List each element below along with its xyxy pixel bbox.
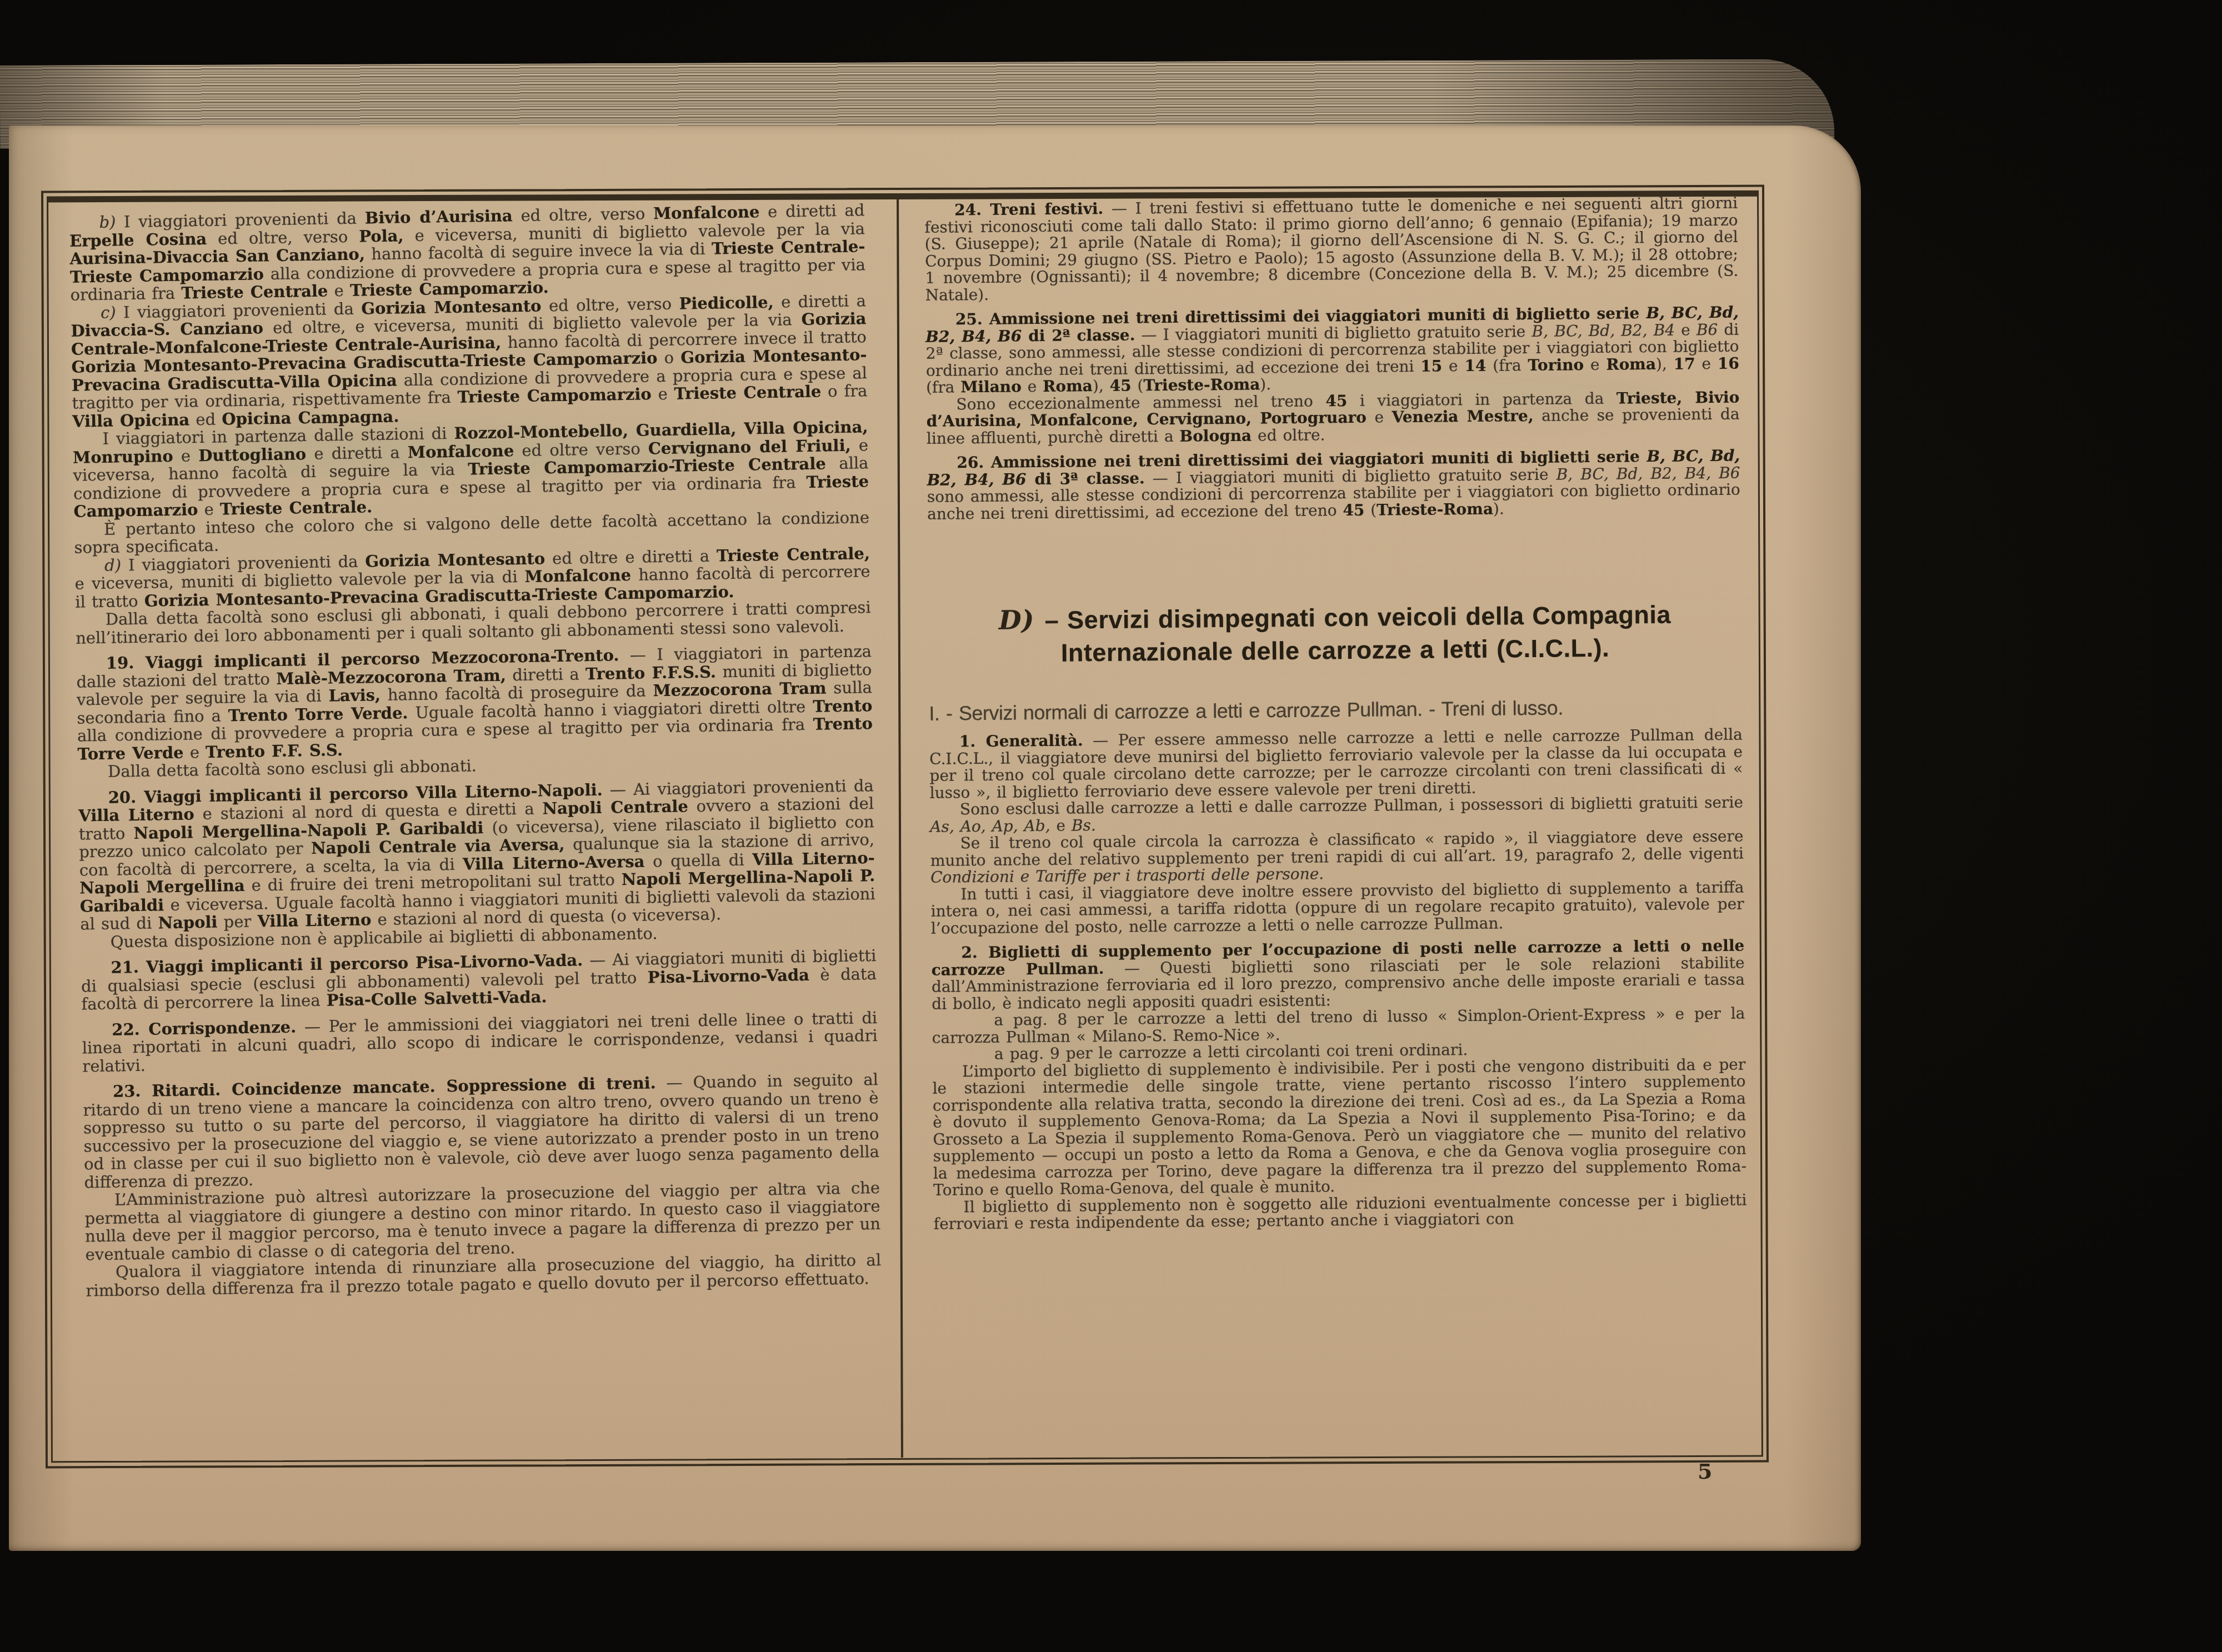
text-run: Milano bbox=[960, 377, 1022, 396]
text-run: o fra bbox=[821, 381, 868, 401]
text-run: (fra bbox=[926, 378, 961, 397]
text-run: Pisa-Livorno-Vada bbox=[648, 965, 809, 987]
text-run: e diretti a bbox=[773, 291, 866, 312]
text-run: ed bbox=[189, 409, 222, 429]
text-run: Trieste Campomarzio bbox=[457, 384, 651, 406]
text-run: Roma bbox=[1606, 354, 1656, 373]
text-run: 16 bbox=[1718, 354, 1739, 372]
text-run: I. - Servizi normali di carrozze a letti… bbox=[929, 696, 1563, 724]
paragraph: b) I viaggiatori provenienti da Bivio d’… bbox=[69, 201, 865, 304]
text-run: Villa Literno bbox=[78, 804, 194, 825]
text-run: e bbox=[1050, 816, 1072, 834]
text-run: Roma bbox=[1043, 377, 1093, 396]
text-run: Bologna bbox=[1179, 426, 1252, 445]
text-run: B6 bbox=[1696, 320, 1718, 338]
paragraph: 20. Viaggi implicanti il percorso Villa … bbox=[78, 777, 876, 933]
text-run: Se il treno col quale circola la carrozz… bbox=[930, 827, 1744, 870]
text-run: Piedicolle, bbox=[679, 292, 774, 313]
text-run: ( bbox=[1131, 376, 1143, 394]
text-run: Trieste-Roma bbox=[1143, 375, 1260, 394]
text-run: o quella di bbox=[644, 850, 752, 870]
page-number: 5 bbox=[1698, 1459, 1712, 1484]
text-run: ). bbox=[1493, 499, 1504, 518]
paragraph: c) I viaggiatori provenienti da Gorizia … bbox=[71, 292, 868, 430]
text-run: Pisa-Colle Salvetti-Vada. bbox=[327, 987, 547, 1009]
text-run: e bbox=[198, 500, 220, 519]
paragraph: 26. Ammissione nei treni direttissimi de… bbox=[927, 448, 1740, 523]
text-run: Villa Literno bbox=[257, 910, 371, 930]
text-run: di 2ª classe. bbox=[1022, 326, 1135, 345]
text-run: Trieste Centrale bbox=[674, 382, 821, 403]
paragraph: L’importo del biglietto di supplemento è… bbox=[932, 1056, 1746, 1199]
text-run: e bbox=[1675, 321, 1696, 339]
text-run: L’Amministrazione può altresì autorizzar… bbox=[84, 1178, 880, 1264]
text-run: Monfalcone bbox=[524, 565, 631, 586]
text-run: 15 bbox=[1420, 357, 1442, 375]
book-page: b) I viaggiatori provenienti da Bivio d’… bbox=[9, 126, 1861, 1551]
text-run: di 3ª classe. bbox=[1026, 469, 1144, 488]
text-run: Monfalcone bbox=[653, 202, 760, 223]
right-column: 24. Treni festivi. — I treni festivi si … bbox=[924, 195, 1747, 1233]
paragraph: I. - Servizi normali di carrozze a letti… bbox=[929, 694, 1742, 726]
text-run: Bs. bbox=[1072, 816, 1096, 834]
book-scan-photo: b) I viaggiatori provenienti da Bivio d’… bbox=[0, 0, 2222, 1652]
text-run: e bbox=[173, 446, 198, 465]
text-run: Trento bbox=[813, 696, 873, 716]
text-run: D) bbox=[999, 605, 1045, 636]
text-run: Servizi disimpegnati con veicoli della C… bbox=[1061, 600, 1671, 667]
paragraph: D) – Servizi disimpegnati con veicoli de… bbox=[928, 598, 1742, 670]
text-run: e bbox=[1022, 377, 1043, 396]
text-run: e bbox=[651, 384, 674, 404]
text-run: e bbox=[1695, 354, 1718, 372]
paragraph: Sono eccezionalmente ammessi nel treno 4… bbox=[926, 389, 1740, 447]
text-run: diretti a bbox=[506, 664, 586, 684]
text-run: e bbox=[1442, 357, 1465, 375]
text-run: e diretti ad bbox=[759, 201, 864, 221]
text-run: b) bbox=[99, 212, 124, 232]
text-run: 45 bbox=[1325, 391, 1347, 409]
paragraph: 2. Biglietti di supplemento per l’occupa… bbox=[931, 938, 1745, 1013]
text-run: 17 bbox=[1673, 354, 1695, 373]
paragraph: I viaggiatori in partenza dalle stazioni… bbox=[72, 418, 869, 520]
text-run: ). bbox=[1260, 375, 1271, 393]
paragraph: 1. Generalità. — Per essere ammesso nell… bbox=[929, 727, 1743, 802]
text-run: Trento F.F.S.S. bbox=[585, 662, 716, 683]
text-run: Venezia Mestre, bbox=[1392, 407, 1533, 426]
text-run: As, Ao, Ap, Ab, bbox=[930, 816, 1050, 835]
text-run: (fra bbox=[1486, 356, 1528, 375]
text-run: 1. Generalità. bbox=[959, 731, 1083, 750]
paragraph: Se il treno col quale circola la carrozz… bbox=[930, 828, 1744, 887]
paragraph: 21. Viaggi implicanti il percorso Pisa-L… bbox=[81, 947, 877, 1013]
text-run: Monfalcone bbox=[408, 441, 514, 462]
text-run: Villa Opicina bbox=[72, 410, 190, 430]
text-run: Napoli bbox=[158, 913, 217, 933]
text-run: Duttogliano bbox=[198, 444, 306, 465]
text-run: ), bbox=[1093, 377, 1110, 395]
text-run: per bbox=[217, 912, 258, 932]
text-run: Pola, bbox=[359, 226, 404, 246]
text-run: 14 bbox=[1464, 356, 1486, 374]
text-run: Lavis, bbox=[328, 685, 381, 705]
text-frame-border: b) I viaggiatori provenienti da Bivio d’… bbox=[41, 185, 1769, 1469]
text-run: In tutti i casi, il viaggiatore deve ino… bbox=[931, 878, 1744, 937]
paragraph: 25. Ammissione nei treni direttissimi de… bbox=[925, 304, 1739, 397]
text-run: ed oltre. bbox=[1252, 425, 1325, 444]
text-run: ( bbox=[1364, 500, 1377, 519]
text-run: e bbox=[183, 743, 206, 762]
text-run: c) bbox=[101, 303, 124, 322]
paragraph: In tutti i casi, il viaggiatore deve ino… bbox=[930, 879, 1744, 937]
paragraph: 23. Ritardi. Coincidenze mancate. Soppre… bbox=[83, 1070, 880, 1191]
text-run: ), bbox=[1656, 354, 1674, 373]
text-run: – bbox=[1044, 606, 1067, 634]
text-run: L’importo del biglietto di supplemento è… bbox=[932, 1055, 1746, 1199]
text-run: Torino bbox=[1528, 356, 1584, 374]
left-column: b) I viaggiatori provenienti da Bivio d’… bbox=[69, 201, 882, 1299]
paragraph: 22. Corrispondenze. — Per le ammissioni … bbox=[82, 1009, 878, 1075]
paragraph: 19. Viaggi implicanti il percorso Mezzoc… bbox=[76, 642, 873, 763]
text-run: o bbox=[657, 348, 680, 367]
text-run: d) bbox=[104, 555, 128, 575]
text-run: 45 bbox=[1109, 377, 1131, 395]
text-run: 45 bbox=[1343, 500, 1364, 519]
paragraph: L’Amministrazione può altresì autorizzar… bbox=[84, 1179, 881, 1263]
text-run: Trieste-Roma bbox=[1377, 499, 1493, 519]
text-run: e diretti a bbox=[306, 443, 408, 463]
text-run: sono ammessi, alle stesse condizioni di … bbox=[927, 480, 1740, 523]
text-run: e bbox=[1367, 408, 1392, 426]
text-run: e bbox=[328, 281, 350, 301]
text-run: e bbox=[1584, 355, 1607, 373]
paragraph: 24. Treni festivi. — I treni festivi si … bbox=[924, 195, 1739, 304]
